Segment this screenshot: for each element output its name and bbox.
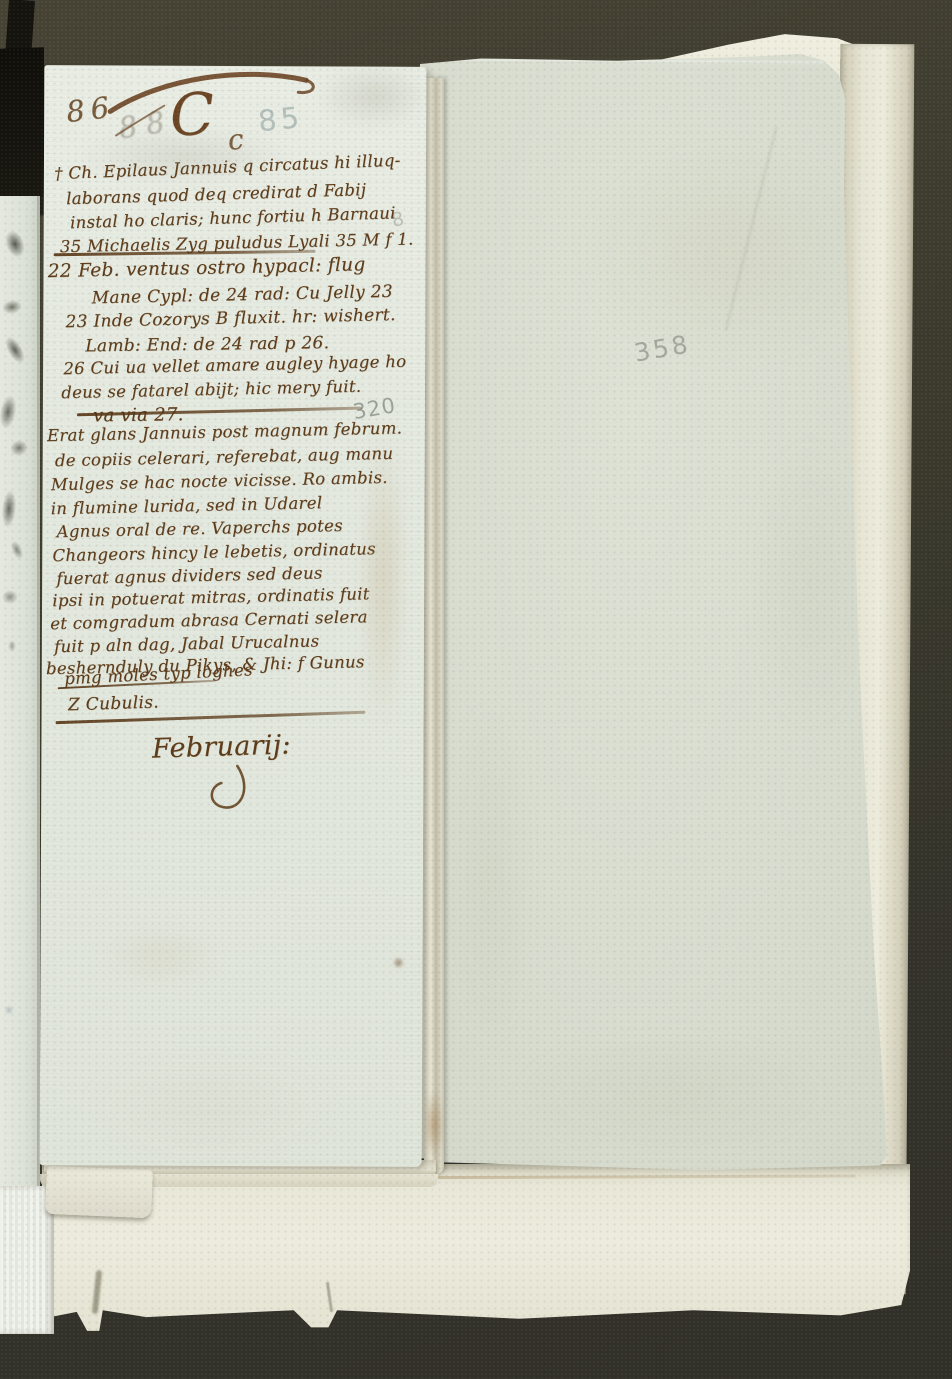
handwritten-line: Agnus oral de re. Vaperchs potes xyxy=(56,516,343,541)
previous-page-edge xyxy=(0,196,40,1186)
ink-bleedthrough-mark xyxy=(8,438,30,458)
handwritten-line: fuerat agnus dividers sed deus xyxy=(56,563,323,588)
handwritten-line: ipsi in potuerat mitras, ordinatis fuit xyxy=(52,584,370,610)
ink-bleedthrough-mark xyxy=(2,590,18,604)
parchment-crack xyxy=(326,1282,333,1312)
handwritten-line: laborans quod deq credirat d Fabij xyxy=(66,180,367,208)
handwritten-line: Z Cubulis. xyxy=(68,692,160,715)
paper-wrinkle xyxy=(725,127,778,331)
handwritten-line: fuit p aln dag, Jabal Urucalnus xyxy=(54,631,320,656)
fore-edge-stain xyxy=(424,1090,444,1160)
handwritten-line: in flumine lurida, sed in Udarel xyxy=(51,493,323,518)
handwritten-line: et comgradum abrasa Cernati selera xyxy=(50,607,368,633)
handwritten-line: Lamb: End: de 24 rad p 26. xyxy=(85,333,329,356)
leaf-block-fore-edge xyxy=(424,78,444,1174)
handwritten-line: Februarij: xyxy=(151,729,291,764)
protruding-page-corner xyxy=(45,1166,153,1219)
handwritten-line: deus se fatarel abijt; hic mery fuit. xyxy=(61,377,362,403)
parchment-tear xyxy=(92,1270,103,1314)
manuscript-left-page: 86 88 C c 85 8 320 † Ch. Epilaus Jannuis… xyxy=(40,65,427,1167)
paper-stain xyxy=(510,1034,830,1154)
paper-stain xyxy=(750,434,870,734)
paper-stain xyxy=(450,694,530,1054)
handwritten-line: † Ch. Epilaus Jannuis q circatus hi illu… xyxy=(54,151,401,184)
binding-cover-edge xyxy=(0,47,44,217)
ink-bleedthrough-mark xyxy=(0,489,17,528)
handwritten-line: Mulges se hac nocte vicisse. Ro ambis. xyxy=(51,468,388,494)
ink-bleedthrough-mark xyxy=(8,640,16,652)
ink-bleedthrough-mark xyxy=(1,298,23,315)
ink-bleedthrough-mark xyxy=(0,394,19,430)
handwritten-line: Mane Cypl: de 24 rad: Cu Jelly 23 xyxy=(91,282,393,309)
ink-bleedthrough-mark xyxy=(8,539,26,561)
handwritten-text-block: † Ch. Epilaus Jannuis q circatus hi illu… xyxy=(40,65,427,1167)
parchment-wrapper-bottom xyxy=(42,1164,910,1336)
manuscript-book-scan: 358 86 88 C c 85 8 320 † Ch. Epilaus Jan… xyxy=(0,0,952,1379)
handwritten-line: instal ho claris; hunc fortiu h Barnaui xyxy=(70,203,396,232)
blank-right-page: 358 xyxy=(420,54,890,1170)
handwritten-line: 22 Feb. ventus ostro hypacl: flug xyxy=(48,254,366,282)
paper-wrinkle xyxy=(438,59,838,64)
ink-bleedthrough-mark xyxy=(4,1005,14,1015)
handwritten-line: Changeors hincy le lebetis, ordinatus xyxy=(52,539,376,565)
paper-stain xyxy=(580,144,880,364)
handwritten-line: de copiis celerari, referebat, aug manu xyxy=(55,444,394,470)
handwritten-line: 23 Inde Cozorys B fluxit. hr: wishert. xyxy=(65,305,396,332)
ink-bleedthrough-mark xyxy=(1,334,28,367)
folio-number-pencil-right: 358 xyxy=(632,329,693,367)
ink-bleedthrough-mark xyxy=(2,228,28,260)
